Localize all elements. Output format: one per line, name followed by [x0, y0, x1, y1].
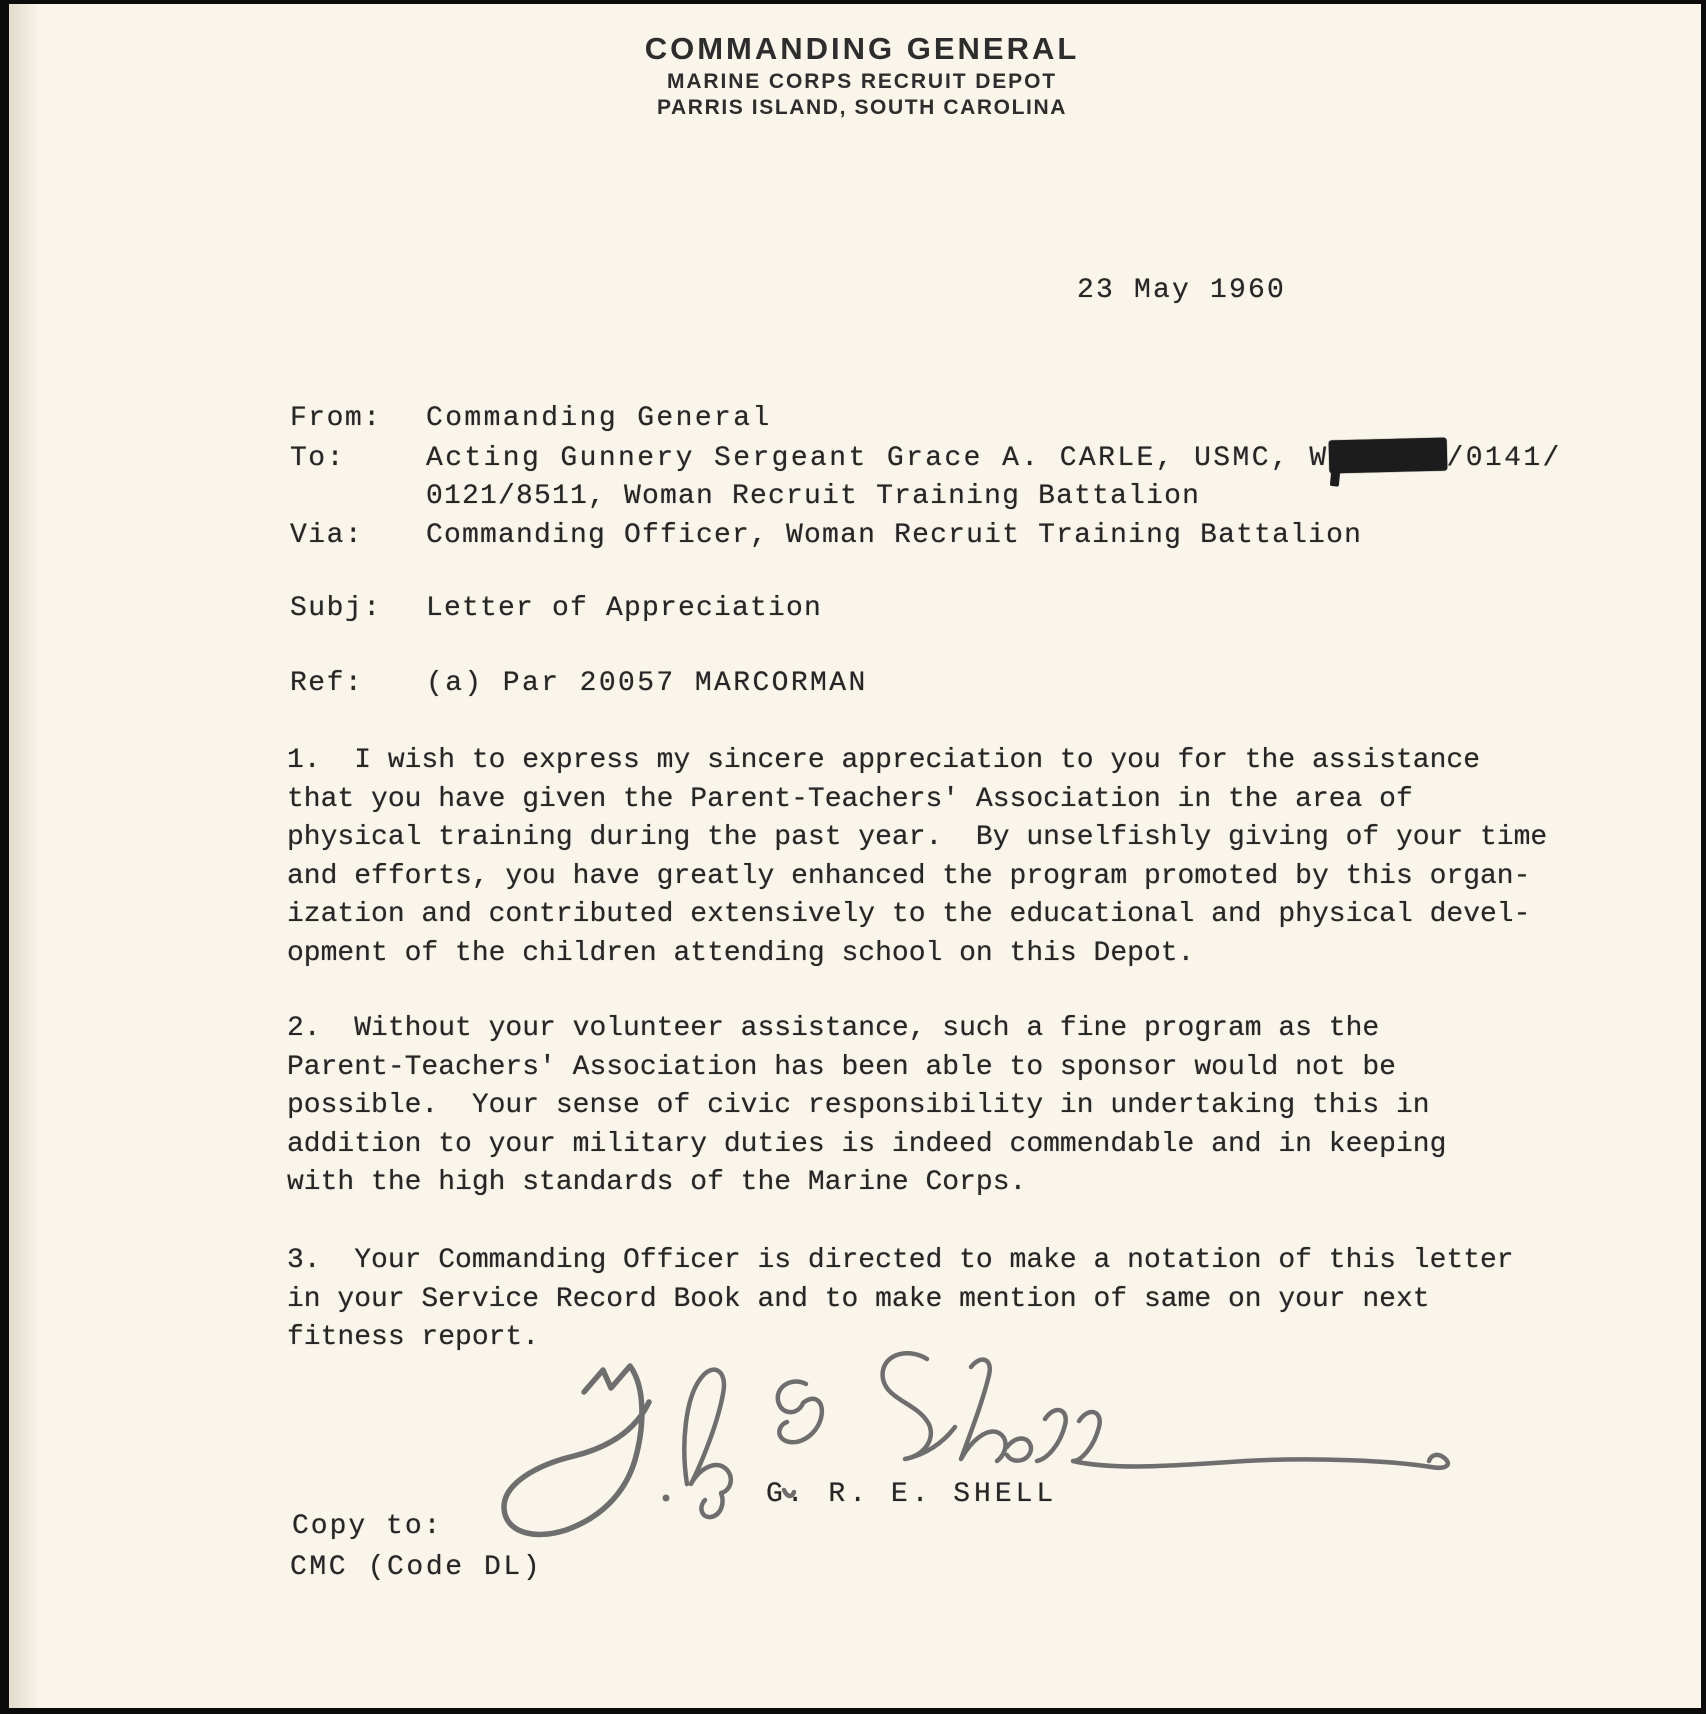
subject-label: Subj: [290, 590, 426, 628]
from-value: Commanding General [426, 403, 772, 434]
letterhead-depot: MARINE CORPS RECRUIT DEPOT [9, 69, 1706, 95]
letterhead-command: COMMANDING GENERAL [9, 32, 1706, 66]
letterhead-location: PARRIS ISLAND, SOUTH CAROLINA [9, 95, 1706, 121]
paragraph-line: possible. Your sense of civic responsibi… [287, 1087, 1446, 1126]
paragraph-3: 3. Your Commanding Officer is directed t… [287, 1242, 1514, 1358]
typed-signature-name: G. R. E. SHELL [766, 1476, 1057, 1514]
scanned-letter-page: COMMANDING GENERAL MARINE CORPS RECRUIT … [0, 0, 1706, 1714]
paragraph-line: addition to your military duties is inde… [287, 1126, 1446, 1165]
via-value: Commanding Officer, Woman Recruit Traini… [426, 520, 1362, 551]
paragraph-line: 1. I wish to express my sincere apprecia… [287, 742, 1547, 781]
paragraph-line: 2. Without your volunteer assistance, su… [287, 1010, 1446, 1049]
paragraph-line: and efforts, you have greatly enhanced t… [287, 858, 1547, 897]
to-line-continuation: 0121/8511, Woman Recruit Training Battal… [426, 478, 1200, 516]
reference-value: (a) Par 20057 MARCORMAN [426, 668, 868, 699]
paragraph-line: physical training during the past year. … [287, 819, 1547, 858]
from-label: From: [290, 400, 426, 438]
copy-to-label: Copy to: [292, 1508, 442, 1546]
paragraph-line: ization and contributed extensively to t… [287, 896, 1547, 935]
letter-date: 23 May 1960 [1077, 272, 1286, 310]
subject-value: Letter of Appreciation [426, 593, 822, 624]
paragraph-2: 2. Without your volunteer assistance, su… [287, 1010, 1446, 1203]
reference-label: Ref: [290, 665, 426, 703]
paragraph-line: opment of the children attending school … [287, 935, 1547, 974]
letterhead: COMMANDING GENERAL MARINE CORPS RECRUIT … [9, 32, 1706, 121]
to-line: To:Acting Gunnery Sergeant Grace A. CARL… [290, 439, 1562, 478]
via-label: Via: [290, 517, 426, 555]
from-line: From:Commanding General [290, 400, 772, 438]
paragraph-line: 3. Your Commanding Officer is directed t… [287, 1242, 1514, 1281]
paragraph-line: in your Service Record Book and to make … [287, 1281, 1514, 1320]
reference-line: Ref:(a) Par 20057 MARCORMAN [290, 665, 868, 703]
scan-edge-shadow [9, 4, 39, 1708]
copy-to-value: CMC (Code DL) [290, 1549, 542, 1587]
to-label: To: [290, 440, 426, 478]
subject-line: Subj:Letter of Appreciation [290, 590, 822, 628]
paragraph-line: Parent-Teachers' Association has been ab… [287, 1049, 1446, 1088]
paragraph-1: 1. I wish to express my sincere apprecia… [287, 742, 1547, 974]
to-value-part2: /0141/ [1447, 443, 1562, 474]
paragraph-line: with the high standards of the Marine Co… [287, 1164, 1446, 1203]
to-value-part1: Acting Gunnery Sergeant Grace A. CARLE, … [426, 443, 1329, 474]
via-line: Via:Commanding Officer, Woman Recruit Tr… [290, 517, 1362, 555]
paragraph-line: that you have given the Parent-Teachers'… [287, 781, 1547, 820]
redaction-scribble [1328, 438, 1447, 474]
handwritten-signature-image [484, 1342, 1484, 1560]
